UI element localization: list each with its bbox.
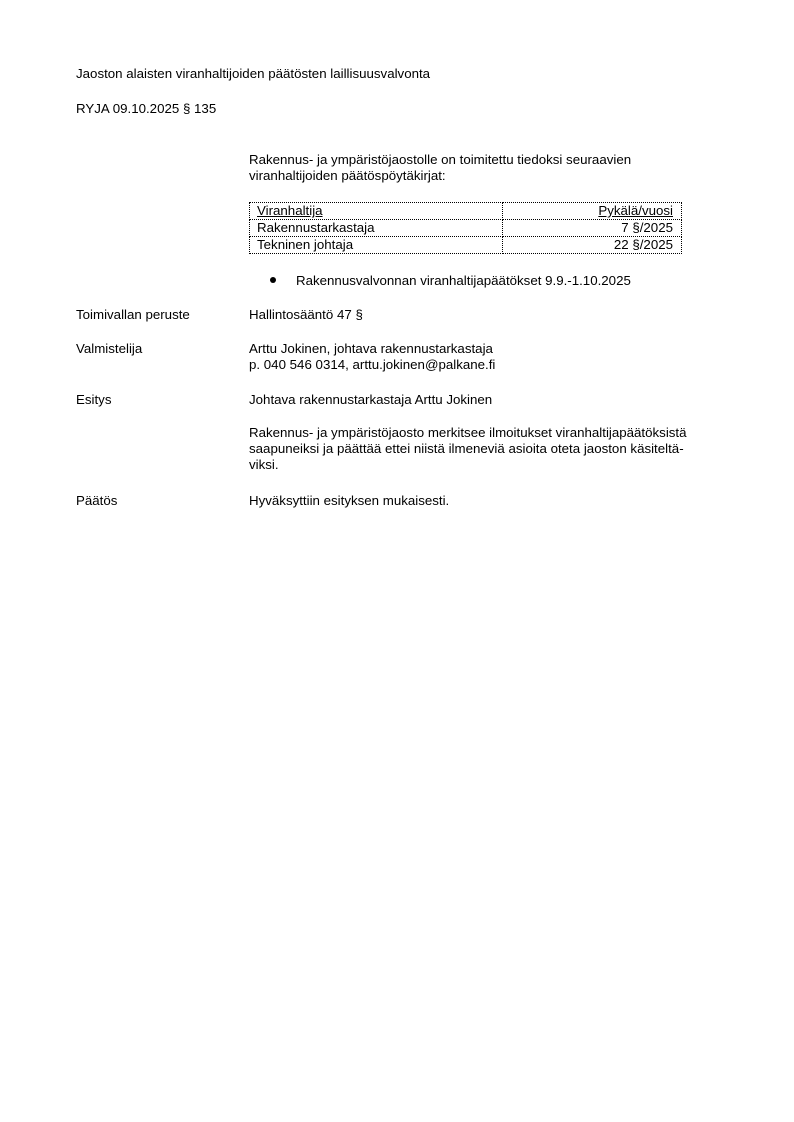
intro-line: viranhaltijoiden päätöspöytäkirjat: xyxy=(249,168,631,184)
decisions-table: Viranhaltija Pykälä/vuosi Rakennustarkas… xyxy=(249,202,682,254)
bullet-icon xyxy=(270,277,276,283)
cell-section-year: 7 §/2025 xyxy=(503,220,682,237)
proposal-line: saapuneiksi ja päättää ettei niistä ilme… xyxy=(249,441,687,457)
document-title: Jaoston alaisten viranhaltijoiden päätös… xyxy=(76,66,430,82)
intro-paragraph: Rakennus- ja ympäristöjaostolle on toimi… xyxy=(249,152,631,184)
field-label-toimivalta: Toimivallan peruste xyxy=(76,307,190,323)
table-row: Rakennustarkastaja 7 §/2025 xyxy=(250,220,682,237)
table-header-row: Viranhaltija Pykälä/vuosi xyxy=(250,203,682,220)
proposal-line: viksi. xyxy=(249,457,687,473)
field-value-paatos: Hyväksyttiin esityksen mukaisesti. xyxy=(249,493,449,509)
preparer-contact: p. 040 546 0314, arttu.jokinen@palkane.f… xyxy=(249,357,495,373)
field-value-valmistelija: Arttu Jokinen, johtava rakennustarkastaj… xyxy=(249,341,495,373)
column-header-section-year: Pykälä/vuosi xyxy=(503,203,682,220)
column-header-official: Viranhaltija xyxy=(250,203,503,220)
field-label-paatos: Päätös xyxy=(76,493,117,509)
table-row: Tekninen johtaja 22 §/2025 xyxy=(250,237,682,254)
cell-official: Rakennustarkastaja xyxy=(250,220,503,237)
meeting-reference: RYJA 09.10.2025 § 135 xyxy=(76,101,216,117)
preparer-name: Arttu Jokinen, johtava rakennustarkastaj… xyxy=(249,341,495,357)
intro-line: Rakennus- ja ympäristöjaostolle on toimi… xyxy=(249,152,631,168)
bullet-list-item: Rakennusvalvonnan viranhaltijapäätökset … xyxy=(270,273,631,289)
field-label-esitys: Esitys xyxy=(76,392,111,408)
proposal-text: Rakennus- ja ympäristöjaosto merkitsee i… xyxy=(249,425,687,473)
field-label-valmistelija: Valmistelija xyxy=(76,341,142,357)
field-value-toimivalta: Hallintosääntö 47 § xyxy=(249,307,363,323)
cell-official: Tekninen johtaja xyxy=(250,237,503,254)
bullet-text: Rakennusvalvonnan viranhaltijapäätökset … xyxy=(296,273,631,288)
field-value-esitys: Johtava rakennustarkastaja Arttu Jokinen xyxy=(249,392,492,408)
cell-section-year: 22 §/2025 xyxy=(503,237,682,254)
proposal-line: Rakennus- ja ympäristöjaosto merkitsee i… xyxy=(249,425,687,441)
